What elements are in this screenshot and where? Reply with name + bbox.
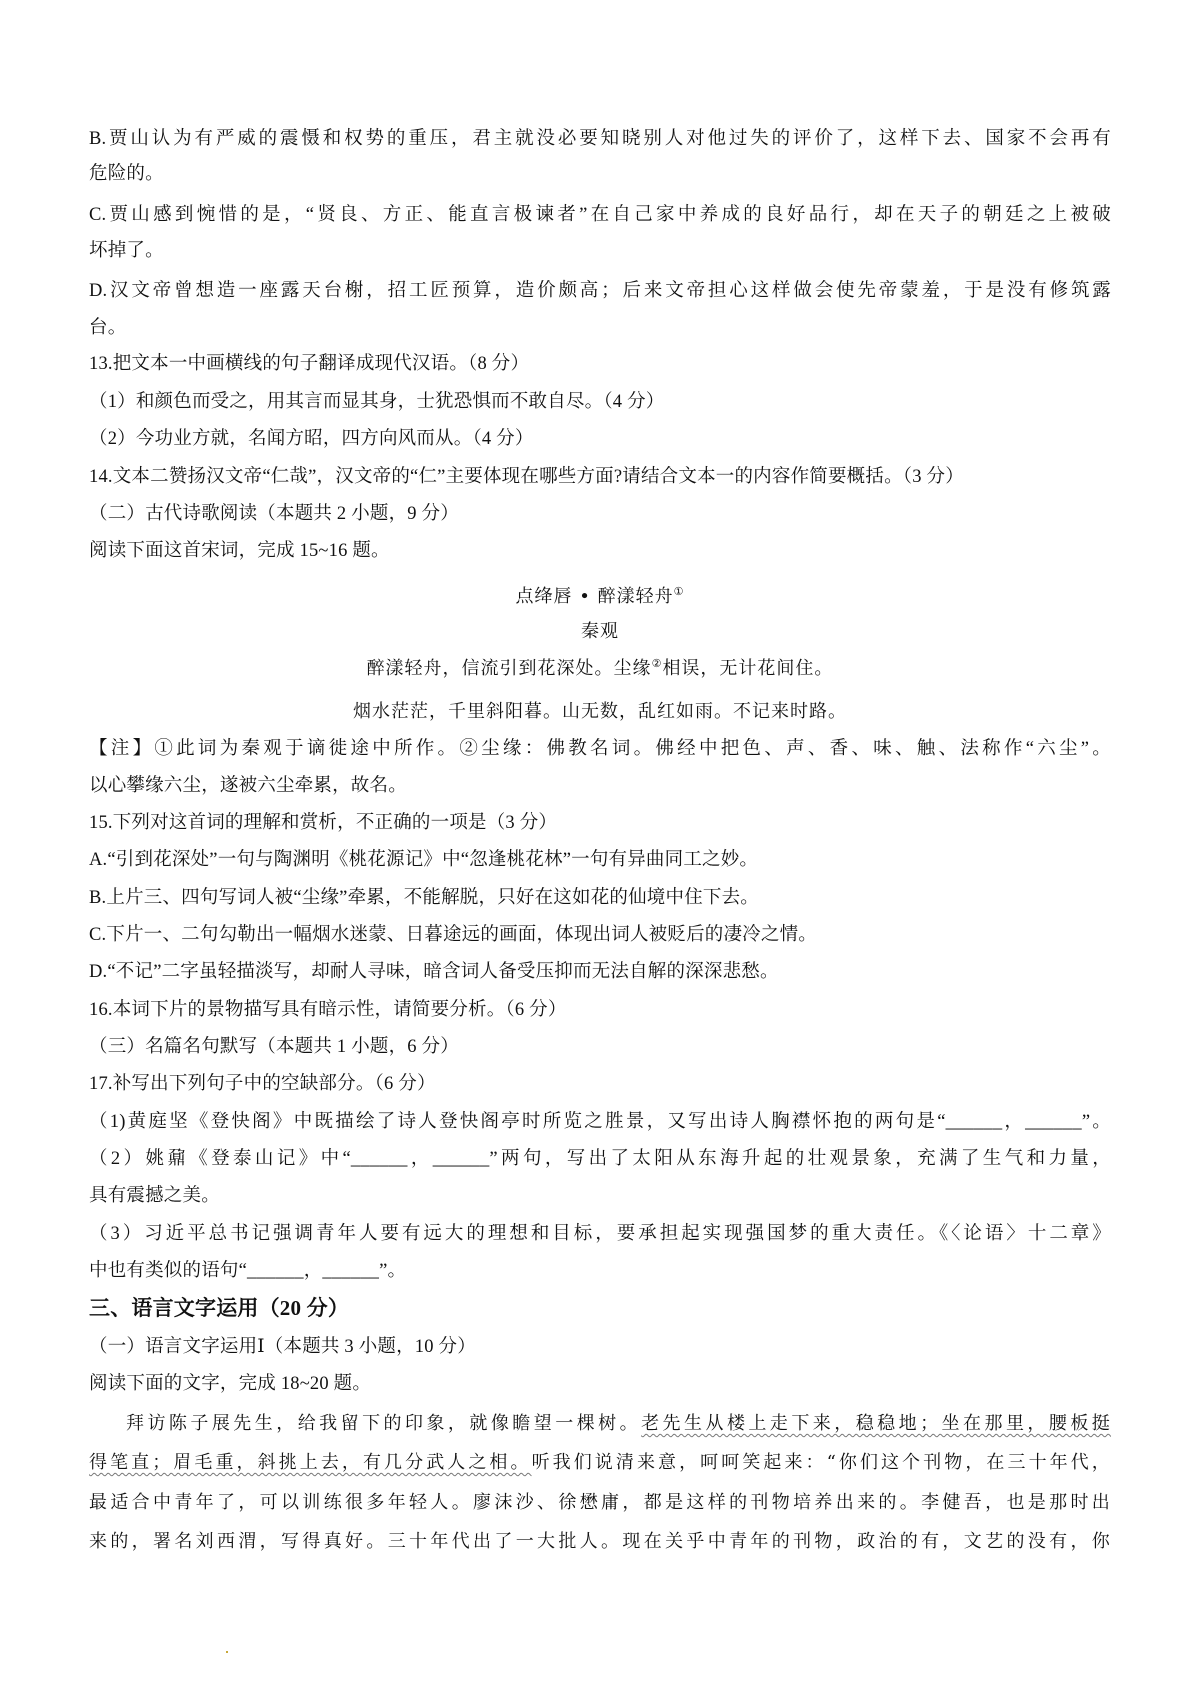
q15-option-c: C.下片一、二句勾勒出一幅烟水迷蒙、日暮途远的画面，体现出词人被贬后的凄冷之情。 bbox=[89, 923, 817, 947]
poem-note-line2: 以心攀缘六尘，遂被六尘牵累，故名。 bbox=[89, 774, 407, 798]
passage-line-4: 来的，署名刘西渭，写得真好。三十年代出了一大批人。现在关乎中青年的刊物，政治的有… bbox=[89, 1530, 1111, 1554]
poem-line-1: 醉漾轻舟，信流引到花深处。尘缘②相误，无计花间住。 bbox=[89, 657, 1111, 681]
poem-title: 点绛唇 • 醉漾轻舟① bbox=[89, 585, 1111, 609]
q12-option-c-line2: 坏掉了。 bbox=[89, 239, 164, 263]
q14-stem: 14.文本二赞扬汉文帝“仁哉”，汉文帝的“仁”主要体现在哪些方面?请结合文本一的… bbox=[89, 465, 964, 489]
passage-wavy-underlined-2: 得笔直；眉毛重，斜挑上去，有几分武人之相。 bbox=[89, 1452, 532, 1473]
passage-line-2: 得笔直；眉毛重，斜挑上去，有几分武人之相。听我们说清来意，呵呵笑起来：“你们这个… bbox=[89, 1451, 1111, 1475]
q15-option-d: D.“不记”二字虽轻描淡写，却耐人寻味，暗含词人备受压抑而无法自解的深深悲愁。 bbox=[89, 960, 779, 984]
recite-section-heading: （三）名篇名句默写（本题共 1 小题，6 分） bbox=[89, 1035, 459, 1059]
poem-title-text: 点绛唇 • 醉漾轻舟 bbox=[516, 586, 674, 607]
q17-stem: 17.补写出下列句子中的空缺部分。（6 分） bbox=[89, 1072, 436, 1096]
q12-option-b-line1: B.贾山认为有严威的震慑和权势的重压，君主就没必要知晓别人对他过失的评价了，这样… bbox=[89, 127, 1111, 151]
poem-line-1b: 相误，无计花间住。 bbox=[662, 658, 833, 679]
language-section-heading: 三、语言文字运用（20 分） bbox=[89, 1296, 349, 1320]
passage-line-1-plain: 拜访陈子展先生，给我留下的印象，就像瞻望一棵树。 bbox=[126, 1413, 641, 1434]
q15-option-a: A.“引到花深处”一句与陶渊明《桃花源记》中“忽逢桃花林”一句有异曲同工之妙。 bbox=[89, 848, 758, 872]
q12-option-b-line2: 危险的。 bbox=[89, 162, 164, 186]
poem-line-1a: 醉漾轻舟，信流引到花深处。尘缘 bbox=[367, 658, 652, 679]
q16-stem: 16.本词下片的景物描写具有暗示性，请简要分析。（6 分） bbox=[89, 998, 567, 1022]
q17-sub1: （1)黄庭坚《登快阁》中既描绘了诗人登快阁亭时所览之胜景，又写出诗人胸襟怀抱的两… bbox=[89, 1110, 1111, 1134]
passage-line-1: 拜访陈子展先生，给我留下的印象，就像瞻望一棵树。老先生从楼上走下来，稳稳地；坐在… bbox=[89, 1412, 1111, 1436]
q17-sub3-line2: 中也有类似的语句“______，______”。 bbox=[89, 1259, 406, 1283]
q17-sub3-line1: （3）习近平总书记强调青年人要有远大的理想和目标，要承担起实现强国梦的重大责任。… bbox=[89, 1222, 1111, 1246]
q12-option-d-line2: 台。 bbox=[89, 316, 126, 340]
poetry-section-heading: （二）古代诗歌阅读（本题共 2 小题，9 分） bbox=[89, 502, 459, 526]
poem-author: 秦观 bbox=[89, 620, 1111, 644]
passage-line-3: 最适合中青年了，可以训练很多年轻人。廖沫沙、徐懋庸，都是这样的刊物培养出来的。李… bbox=[89, 1491, 1111, 1515]
poem-line-2: 烟水茫茫，千里斜阳暮。山无数，乱红如雨。不记来时路。 bbox=[89, 700, 1111, 724]
q12-option-d-line1: D.汉文帝曾想造一座露天台榭，招工匠预算，造价颇高；后来文帝担心这样做会使先帝蒙… bbox=[89, 279, 1111, 303]
scan-artifact-dot bbox=[226, 1651, 228, 1653]
q15-stem: 15.下列对这首词的理解和赏析，不正确的一项是（3 分） bbox=[89, 811, 557, 835]
language-subsection-heading: （一）语言文字运用Ⅰ（本题共 3 小题，10 分） bbox=[89, 1335, 476, 1359]
q13-sub1: （1）和颜色而受之，用其言而显其身，士犹恐惧而不敢自尽。（4 分） bbox=[89, 390, 664, 414]
poem-line-1-footnote-marker: ② bbox=[652, 657, 663, 670]
poetry-instruction: 阅读下面这首宋词，完成 15~16 题。 bbox=[89, 539, 390, 563]
q17-sub2-line2: 具有震撼之美。 bbox=[89, 1184, 220, 1208]
poem-note-line1: 【注】①此词为秦观于谪徙途中所作。②尘缘：佛教名词。佛经中把色、声、香、味、触、… bbox=[89, 737, 1111, 761]
q12-option-c-line1: C.贾山感到惋惜的是，“贤良、方正、能直言极谏者”在自己家中养成的良好品行，却在… bbox=[89, 203, 1111, 227]
poem-title-footnote-marker: ① bbox=[674, 585, 685, 598]
passage-line-2-plain: 听我们说清来意，呵呵笑起来：“你们这个刊物，在三十年代， bbox=[532, 1452, 1111, 1473]
q13-sub2: （2）今功业方就，名闻方昭，四方向风而从。（4 分） bbox=[89, 427, 534, 451]
language-instruction: 阅读下面的文字，完成 18~20 题。 bbox=[89, 1372, 371, 1396]
q13-stem: 13.把文本一中画横线的句子翻译成现代汉语。（8 分） bbox=[89, 352, 529, 376]
q15-option-b: B.上片三、四句写词人被“尘缘”牵累，不能解脱，只好在这如花的仙境中住下去。 bbox=[89, 886, 759, 910]
q17-sub2-line1: （2）姚鼐《登泰山记》中“______，______”两句，写出了太阳从东海升起… bbox=[89, 1147, 1111, 1171]
passage-wavy-underlined-1: 老先生从楼上走下来，稳稳地；坐在那里，腰板挺 bbox=[641, 1413, 1111, 1434]
